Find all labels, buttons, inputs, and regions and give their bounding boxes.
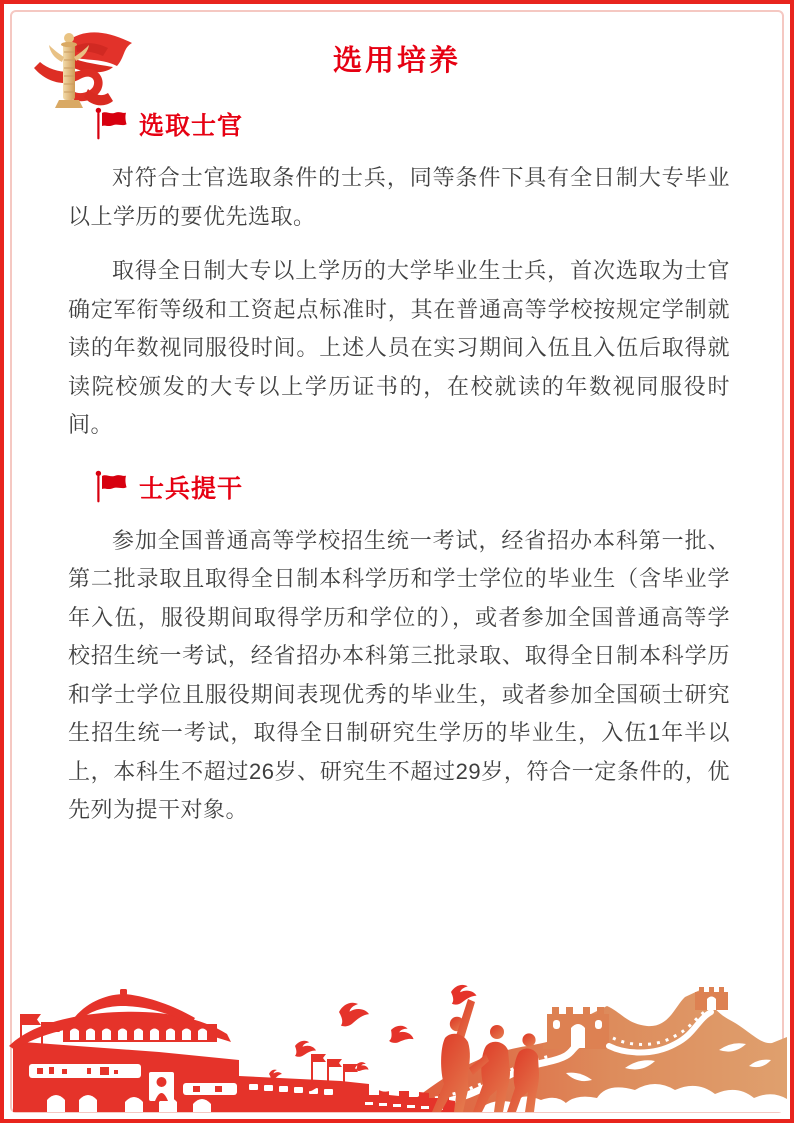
- footer-illustration: [7, 984, 787, 1112]
- section-title: 选取士官: [139, 106, 243, 142]
- paragraph: 对符合士官选取条件的士兵，同等条件下具有全日制大专毕业以上学历的要优先选取。: [68, 159, 730, 236]
- red-flag-icon: [95, 470, 127, 504]
- section-heading-soldier-promotion: 士兵提干: [95, 469, 730, 505]
- three-marching-figures: [432, 999, 539, 1112]
- section-heading-select-nco: 选取士官: [95, 106, 730, 142]
- page-content: 选取士官 对符合士官选取条件的士兵，同等条件下具有全日制大专毕业以上学历的要优先…: [0, 0, 794, 830]
- paragraph: 取得全日制大专以上学历的大学毕业生士兵，首次选取为士官确定军衔等级和工资起点标准…: [68, 252, 730, 445]
- section-title: 士兵提干: [139, 469, 243, 505]
- paragraph: 参加全国普通高等学校招生统一考试，经省招办本科第一批、第二批录取且取得全日制本科…: [68, 522, 730, 830]
- huabiao-column-red-flag-icon: [14, 26, 136, 114]
